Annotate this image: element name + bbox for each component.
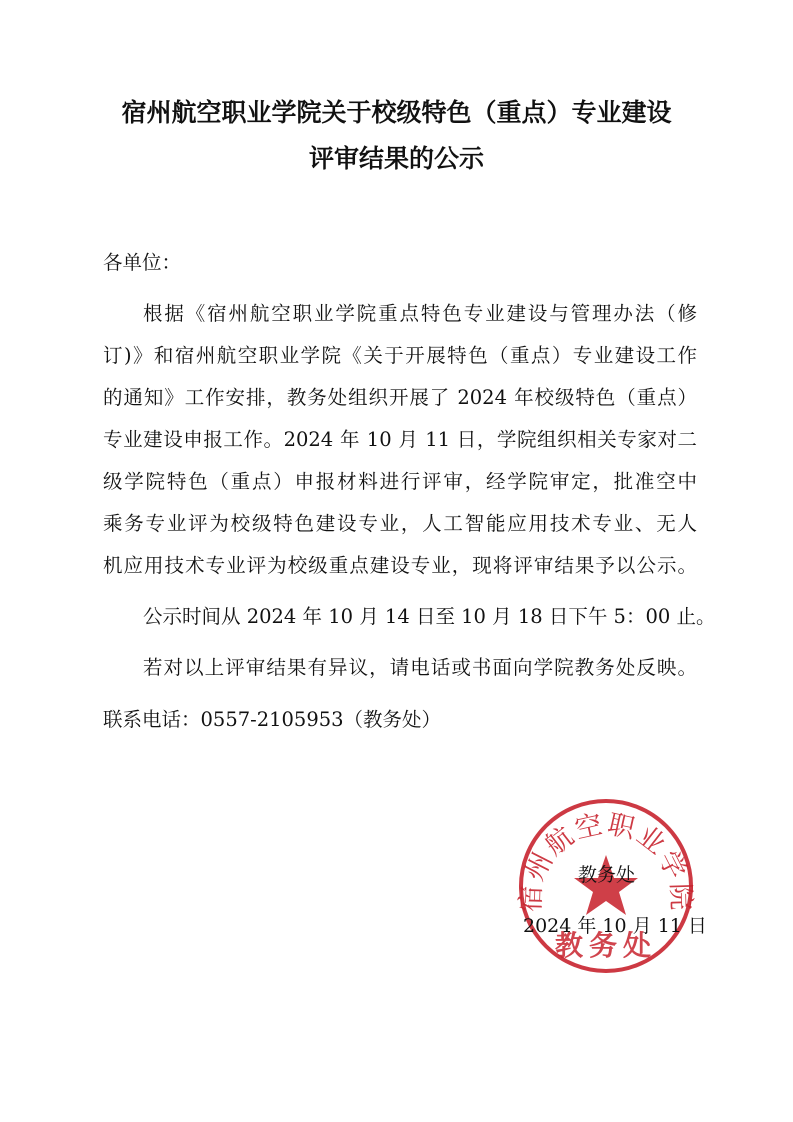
paragraph-1-line-6: 乘务专业评为校级特色建设专业，人工智能应用技术专业、无人: [103, 508, 697, 536]
document-title-line-1: 宿州航空职业学院关于校级特色（重点）专业建设: [0, 93, 793, 129]
paragraph-2: 公示时间从 2024 年 10 月 14 日至 10 月 18 日下午 5：00…: [143, 601, 697, 629]
signature-date: 2024 年 10 月 11 日: [523, 911, 707, 938]
paragraph-1-line-4: 专业建设申报工作。2024 年 10 月 11 日，学院组织相关专家对二: [103, 424, 697, 452]
document-title-line-2: 评审结果的公示: [0, 139, 793, 175]
salutation: 各单位：: [103, 247, 697, 275]
paragraph-3: 若对以上评审结果有异议，请电话或书面向学院教务处反映。: [143, 652, 697, 680]
paragraph-1-line-2: 订)》和宿州航空职业学院《关于开展特色（重点）专业建设工作: [103, 340, 697, 368]
paragraph-1-line-3: 的通知》工作安排，教务处组织开展了 2024 年校级特色（重点）: [103, 382, 697, 410]
document-page: 宿州航空职业学院关于校级特色（重点）专业建设 评审结果的公示 各单位： 根据《宿…: [0, 0, 793, 1122]
contact-line: 联系电话：0557-2105953（教务处）: [103, 704, 697, 732]
paragraph-1-line-5: 级学院特色（重点）申报材料进行评审，经学院审定，批准空中: [103, 466, 697, 494]
paragraph-1-line-7: 机应用技术专业评为校级重点建设专业，现将评审结果予以公示。: [103, 550, 697, 578]
paragraph-1-line-1: 根据《宿州航空职业学院重点特色专业建设与管理办法（修: [143, 298, 697, 326]
signature-department: 教务处: [578, 860, 635, 887]
